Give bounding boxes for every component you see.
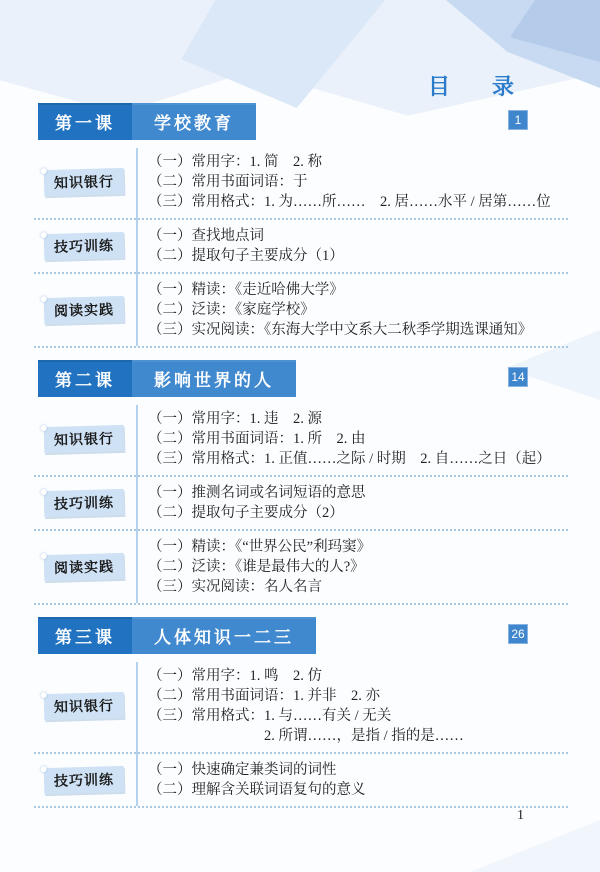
toc-entry: （一）常用字：1. 简 2. 称 (148, 152, 568, 172)
section-label: 技巧训练 (44, 489, 125, 517)
toc-entry: （三）常用格式：1. 正值……之际 / 时期 2. 自……之日（起） (148, 449, 568, 469)
lesson-2-sections: 知识银行 （一）常用字：1. 违 2. 源 （二）常用书面词语：1. 所 2. … (32, 403, 568, 605)
lesson-1-sections: 知识银行 （一）常用字：1. 简 2. 称 （二）常用书面词语：于 （三）常用格… (32, 146, 568, 348)
header-polygon-decor (500, 0, 600, 62)
section-reading-practice: 阅读实践 （一）精读：《“世界公民”利玛窦》 （二）泛读：《谁是最伟大的人?》 … (32, 531, 568, 603)
toc-entry: （二）常用书面词语：1. 并非 2. 亦 (148, 686, 568, 706)
section-skill-training: 技巧训练 （一）快速确定兼类词的词性 （二）理解含关联词语复句的意义 (32, 754, 568, 806)
header-polygon-decor (120, 0, 460, 108)
lesson-3-header: 第三课 人体知识一二三 26 (38, 617, 568, 654)
lesson-1-header: 第一课 学校教育 1 (38, 103, 568, 140)
toc-entry: （一）快速确定兼类词的词性 (148, 760, 568, 780)
lesson-block-3: 第三课 人体知识一二三 26 知识银行 （一）常用字：1. 鸣 2. 仿 （二）… (32, 617, 568, 808)
toc-entry: 2. 所谓……，是指 / 指的是…… (148, 726, 568, 746)
lesson-block-2: 第二课 影响世界的人 14 知识银行 （一）常用字：1. 违 2. 源 （二）常… (32, 360, 568, 605)
section-label: 技巧训练 (44, 766, 125, 794)
section-knowledge-bank: 知识银行 （一）常用字：1. 鸣 2. 仿 （二）常用书面词语：1. 并非 2.… (32, 660, 568, 752)
section-reading-practice: 阅读实践 （一）精读：《走近哈佛大学》 （二）泛读：《家庭学校》 （三）实况阅读… (32, 274, 568, 346)
toc-entry: （三）常用格式：1. 为……所…… 2. 居……水平 / 居第……位 (148, 192, 568, 212)
toc-entry: （三）实况阅读：《东海大学中文系大二秋季学期选课通知》 (148, 320, 568, 340)
toc-entry: （二）理解含关联词语复句的意义 (148, 780, 568, 800)
lesson-1-page-badge: 1 (508, 110, 528, 130)
toc-entry: （一）精读：《走近哈佛大学》 (148, 280, 568, 300)
toc-entry: （一）推测名词或名词短语的意思 (148, 483, 568, 503)
lesson-3-title: 人体知识一二三 (132, 617, 316, 654)
toc-entry: （二）常用书面词语：1. 所 2. 由 (148, 429, 568, 449)
toc-entry: （二）提取句子主要成分（2） (148, 503, 568, 523)
toc-entry: （二）常用书面词语：于 (148, 172, 568, 192)
section-label: 技巧训练 (44, 232, 125, 260)
toc-entry: （二）泛读：《家庭学校》 (148, 300, 568, 320)
dotted-separator (34, 603, 568, 605)
lesson-2-title: 影响世界的人 (132, 360, 296, 397)
toc-page: 目 录 第一课 学校教育 1 知识银行 （一）常用字：1. 简 2. 称 （二）… (0, 0, 600, 872)
dotted-separator (34, 806, 568, 808)
section-label: 知识银行 (44, 692, 125, 720)
toc-entry: （一）常用字：1. 鸣 2. 仿 (148, 666, 568, 686)
toc-entry: （二）提取句子主要成分（1） (148, 246, 568, 266)
section-label: 阅读实践 (44, 553, 125, 581)
toc-entry: （一）查找地点词 (148, 226, 568, 246)
section-skill-training: 技巧训练 （一）推测名词或名词短语的意思 （二）提取句子主要成分（2） (32, 477, 568, 529)
toc-entry: （一）常用字：1. 违 2. 源 (148, 409, 568, 429)
dotted-separator (34, 346, 568, 348)
lesson-2-page-badge: 14 (508, 367, 528, 387)
section-label: 知识银行 (44, 425, 125, 453)
lesson-3-page-badge: 26 (508, 624, 528, 644)
lesson-3-number: 第三课 (38, 617, 132, 654)
section-knowledge-bank: 知识银行 （一）常用字：1. 简 2. 称 （二）常用书面词语：于 （三）常用格… (32, 146, 568, 218)
toc-title: 目 录 (428, 70, 524, 101)
corner-polygon-decor (470, 820, 600, 872)
lesson-3-sections: 知识银行 （一）常用字：1. 鸣 2. 仿 （二）常用书面词语：1. 并非 2.… (32, 660, 568, 808)
lesson-2-number: 第二课 (38, 360, 132, 397)
lesson-1-number: 第一课 (38, 103, 132, 140)
lesson-block-1: 第一课 学校教育 1 知识银行 （一）常用字：1. 简 2. 称 （二）常用书面… (32, 103, 568, 348)
lesson-2-header: 第二课 影响世界的人 14 (38, 360, 568, 397)
toc-entry: （二）泛读：《谁是最伟大的人?》 (148, 557, 568, 577)
section-skill-training: 技巧训练 （一）查找地点词 （二）提取句子主要成分（1） (32, 220, 568, 272)
section-label: 阅读实践 (44, 296, 125, 324)
section-label: 知识银行 (44, 168, 125, 196)
footer-page-number: 1 (517, 808, 524, 824)
lesson-1-title: 学校教育 (132, 103, 256, 140)
toc-entry: （三）常用格式：1. 与……有关 / 无关 (148, 706, 568, 726)
toc-entry: （一）精读：《“世界公民”利玛窦》 (148, 537, 568, 557)
section-knowledge-bank: 知识银行 （一）常用字：1. 违 2. 源 （二）常用书面词语：1. 所 2. … (32, 403, 568, 475)
lesson-list: 第一课 学校教育 1 知识银行 （一）常用字：1. 简 2. 称 （二）常用书面… (32, 103, 568, 820)
toc-entry: （三）实况阅读：名人名言 (148, 577, 568, 597)
